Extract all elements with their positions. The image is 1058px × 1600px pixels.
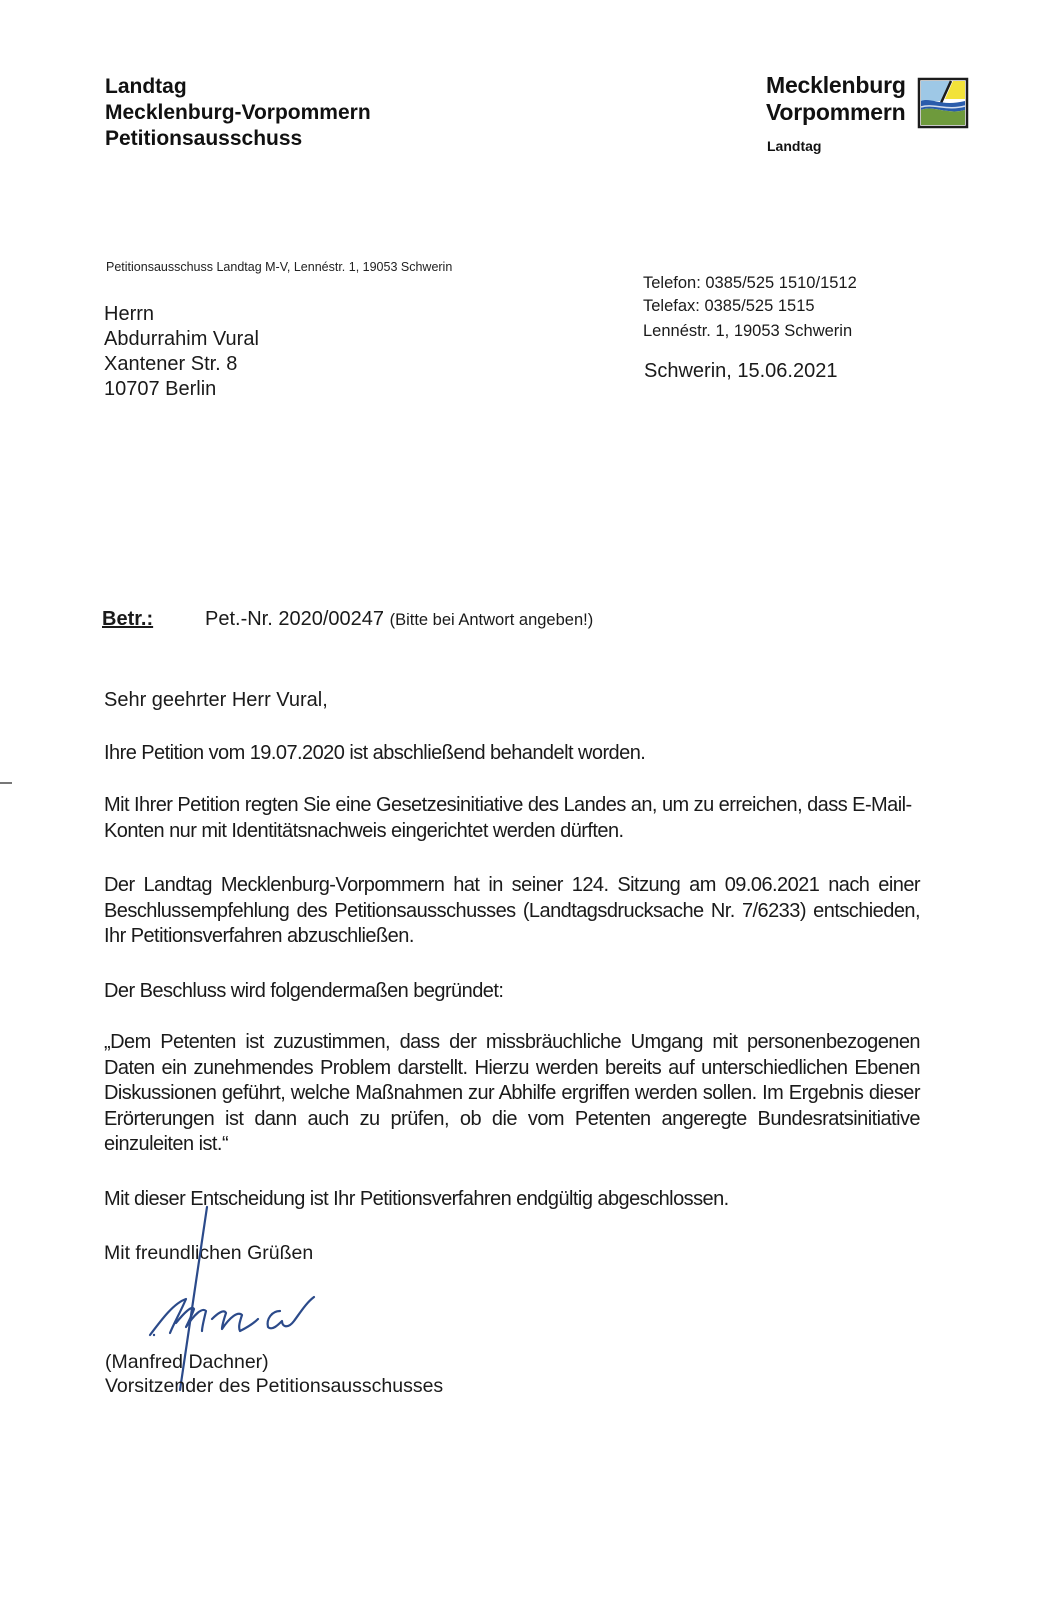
office-address: Lennéstr. 1, 19053 Schwerin <box>643 320 857 343</box>
sender-line: Petitionsausschuss <box>105 126 371 152</box>
contact-info: Telefon: 0385/525 1510/1512 Telefax: 038… <box>643 272 857 343</box>
recipient-city: 10707 Berlin <box>104 377 259 402</box>
sender-line: Mecklenburg-Vorpommern <box>105 100 371 126</box>
subject-line: Betr.: Pet.-Nr. 2020/00247 (Bitte bei An… <box>102 608 153 631</box>
quoted-resolution: „Dem Petenten ist zuzustimmen, dass der … <box>104 1030 920 1158</box>
phone: Telefon: 0385/525 1510/1512 <box>643 272 857 295</box>
sender-line: Landtag <box>105 74 371 100</box>
state-landscape-logo-icon <box>917 77 969 129</box>
petition-number: Pet.-Nr. 2020/00247 <box>205 608 384 630</box>
sender-letterhead: Landtag Mecklenburg-Vorpommern Petitions… <box>105 74 371 152</box>
letter-salutation: Sehr geehrter Herr Vural, <box>104 688 920 714</box>
body-paragraph: Ihre Petition vom 19.07.2020 ist abschli… <box>104 741 920 767</box>
state-logo: Mecklenburg Vorpommern Landtag <box>766 72 976 162</box>
subject-label: Betr.: <box>102 608 153 630</box>
recipient-street: Xantener Str. 8 <box>104 352 259 377</box>
reference-hint: (Bitte bei Antwort angeben!) <box>390 611 594 629</box>
signatory-title: Vorsitzender des Petitionsausschusses <box>105 1374 443 1398</box>
logo-subtitle: Landtag <box>767 138 821 154</box>
fold-mark <box>0 782 12 784</box>
logo-wordmark: Mecklenburg Vorpommern <box>766 72 906 126</box>
place-date: Schwerin, 15.06.2021 <box>644 360 837 383</box>
return-address: Petitionsausschuss Landtag M-V, Lennéstr… <box>106 260 452 274</box>
recipient-address: Herrn Abdurrahim Vural Xantener Str. 8 1… <box>104 302 259 402</box>
body-paragraph: Der Landtag Mecklenburg-Vorpommern hat i… <box>104 873 920 950</box>
fax: Telefax: 0385/525 1515 <box>643 295 857 318</box>
body-paragraph: Der Beschluss wird folgendermaßen begrün… <box>104 979 920 1005</box>
signatory-block: (Manfred Dachner) Vorsitzender des Petit… <box>105 1350 443 1398</box>
body-paragraph: Mit Ihrer Petition regten Sie eine Geset… <box>104 793 920 844</box>
recipient-salutation: Herrn <box>104 302 259 327</box>
signatory-name: (Manfred Dachner) <box>105 1350 443 1374</box>
recipient-name: Abdurrahim Vural <box>104 327 259 352</box>
